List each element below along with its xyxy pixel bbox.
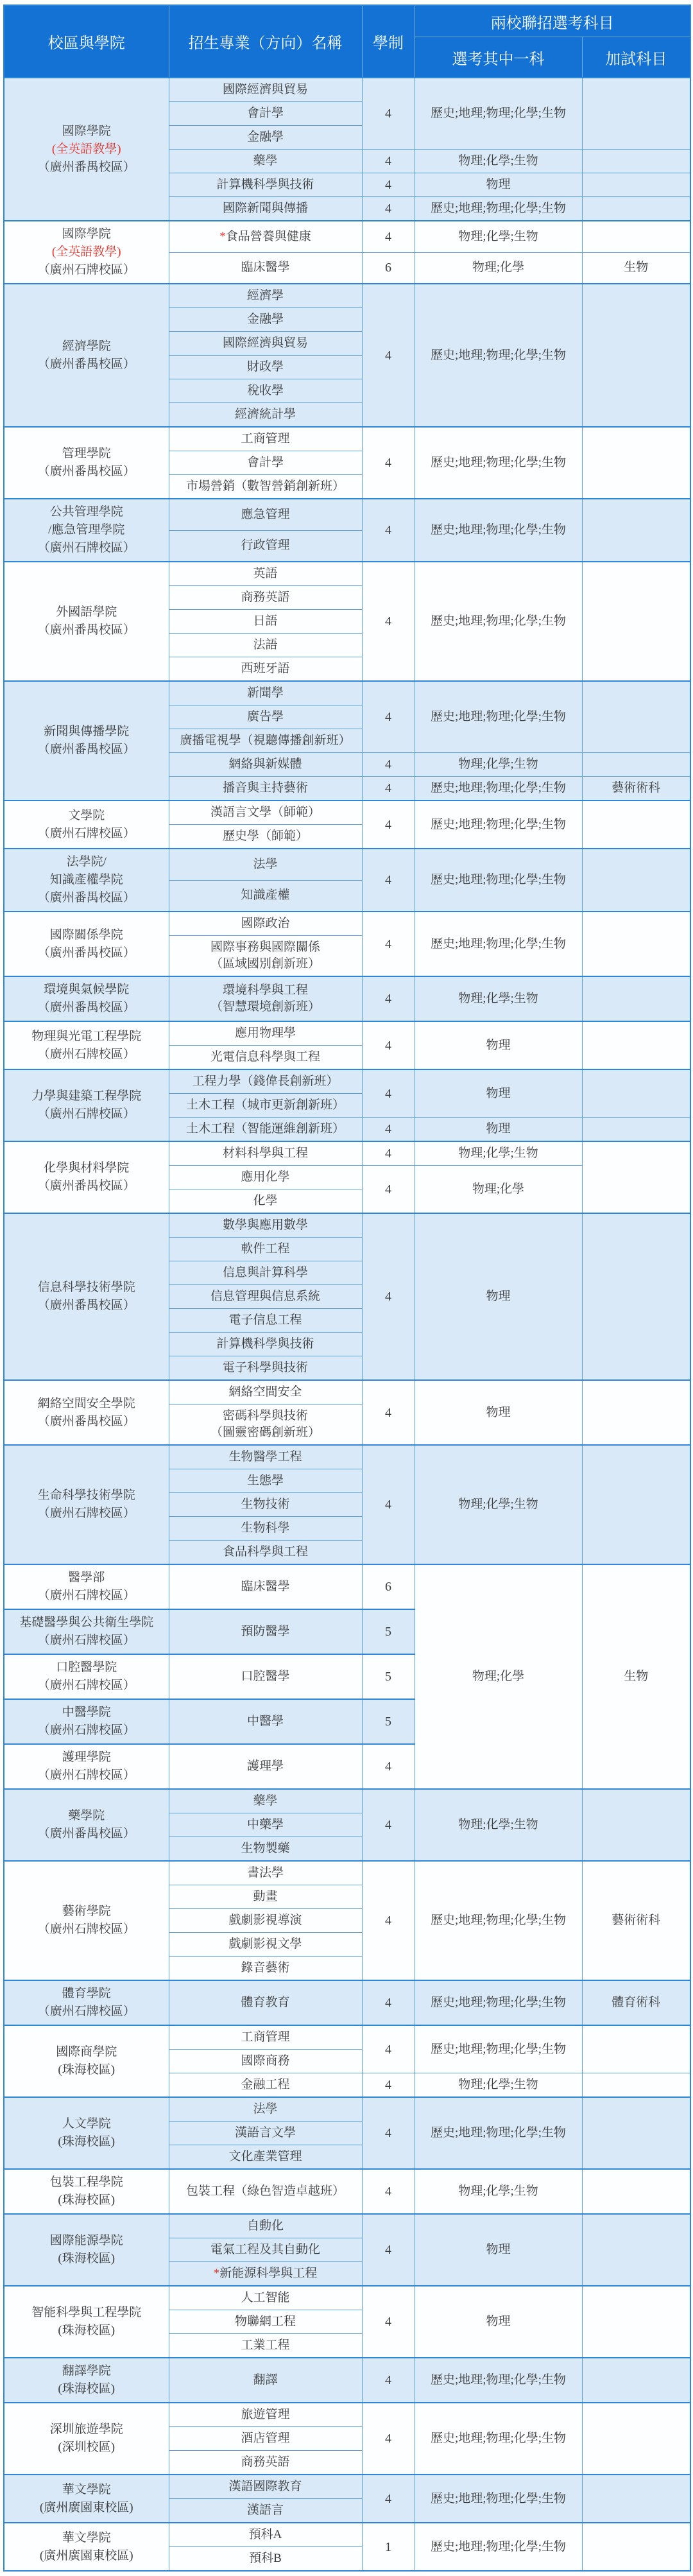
duration-cell: 6	[362, 252, 415, 284]
duration-cell: 5	[362, 1699, 415, 1744]
text-line: (珠海校區)	[7, 2191, 166, 2209]
elective-subject-cell: 歷史;地理;物理;化學;生物	[415, 2097, 582, 2169]
text-line: 生命科學技術學院	[7, 1487, 166, 1505]
major-cell: 經濟統計學	[169, 403, 362, 428]
major-cell: 國際事務與國際關係（區域國別創新班）	[169, 936, 362, 977]
text-line: （廣州番禺校區）	[7, 159, 166, 177]
additional-subject-cell	[582, 562, 690, 681]
table-row: 智能科學與工程學院(珠海校區)人工智能4物理	[4, 2286, 690, 2310]
major-cell: 預防醫學	[169, 1609, 362, 1654]
text-line: （廣州番禺校區）	[7, 1297, 166, 1315]
major-cell: 材料科學與工程	[169, 1141, 362, 1166]
duration-cell: 4	[362, 1380, 415, 1445]
college-cell: 公共管理學院/應急管理學院（廣州石牌校區）	[4, 499, 169, 562]
major-cell: 歷史學（師範）	[169, 825, 362, 849]
additional-subject-cell	[582, 2073, 690, 2098]
duration-cell: 4	[362, 753, 415, 777]
table-row: 公共管理學院/應急管理學院（廣州石牌校區）應急管理4歷史;地理;物理;化學;生物	[4, 499, 690, 530]
text-line: （廣州番禺校區）	[7, 356, 166, 374]
duration-cell: 4	[362, 849, 415, 912]
duration-cell: 4	[362, 1744, 415, 1789]
major-cell: 市場營銷（數智營銷創新班）	[169, 475, 362, 499]
major-cell: 電子科學與技術	[169, 1356, 362, 1381]
table-row: 法學院/知識產權學院（廣州番禺校區）法學4歷史;地理;物理;化學;生物	[4, 849, 690, 880]
additional-subject-cell	[582, 1021, 690, 1069]
major-cell: 信息與計算科學	[169, 1261, 362, 1285]
major-cell: 書法學	[169, 1861, 362, 1885]
text-line: （廣州番禺校區）	[7, 944, 166, 962]
additional-subject-cell	[582, 2523, 690, 2571]
text-line: 國際關係學院	[7, 926, 166, 944]
text-line: 管理學院	[7, 445, 166, 463]
text-line: (深圳校區)	[7, 2439, 166, 2457]
duration-cell: 4	[362, 562, 415, 681]
text-line: （廣州石牌校區）	[7, 2003, 166, 2021]
major-cell: 金融學	[169, 308, 362, 332]
elective-subject-cell: 物理;化學;生物	[415, 753, 582, 777]
major-cell: 文化產業管理	[169, 2145, 362, 2170]
elective-subject-cell: 物理	[415, 173, 582, 197]
header-major: 招生專業（方向）名稱	[169, 5, 362, 78]
text-line: 包裝工程學院	[7, 2174, 166, 2191]
college-cell: 包裝工程學院(珠海校區)	[4, 2169, 169, 2214]
text-line: 基礎醫學與公共衛生學院	[7, 1614, 166, 1632]
college-cell: 力學與建築工程學院（廣州石牌校區）	[4, 1069, 169, 1141]
text-line: 中醫學院	[7, 1704, 166, 1722]
text-line: 力學與建築工程學院	[7, 1087, 166, 1105]
college-cell: 國際商學院(珠海校區)	[4, 2025, 169, 2097]
additional-subject-cell	[582, 2403, 690, 2475]
additional-subject-cell	[582, 427, 690, 499]
major-cell: 中醫學	[169, 1699, 362, 1744]
college-cell: 環境與氣候學院（廣州番禺校區）	[4, 976, 169, 1021]
table-row: 國際商學院(珠海校區)工商管理4歷史;地理;物理;化學;生物	[4, 2025, 690, 2050]
text-line: /應急管理學院	[7, 521, 166, 539]
major-cell: 國際商務	[169, 2050, 362, 2073]
major-cell: 電子信息工程	[169, 1309, 362, 1333]
major-cell: 化學	[169, 1189, 362, 1214]
text-line: 公共管理學院	[7, 503, 166, 521]
elective-subject-cell: 歷史;地理;物理;化學;生物	[415, 777, 582, 801]
table-row: 國際關係學院（廣州番禺校區）國際政治4歷史;地理;物理;化學;生物	[4, 912, 690, 936]
elective-subject-cell: 歷史;地理;物理;化學;生物	[415, 427, 582, 499]
duration-cell: 4	[362, 2475, 415, 2523]
table-body: 國際學院(全英語教學)（廣州番禺校區）國際經濟與貿易4歷史;地理;物理;化學;生…	[4, 78, 690, 2571]
text-line: （廣州番禺校區）	[7, 1177, 166, 1195]
text-line: （廣州石牌校區）	[7, 1505, 166, 1523]
duration-cell: 4	[362, 173, 415, 197]
table-row: 文學院（廣州石牌校區）漢語言文學（師範）4歷史;地理;物理;化學;生物	[4, 800, 690, 825]
elective-subject-cell: 歷史;地理;物理;化學;生物	[415, 1980, 582, 2025]
table-row: 翻譯學院(珠海校區)翻譯4歷史;地理;物理;化學;生物	[4, 2358, 690, 2403]
text-line: 智能科學與工程學院	[7, 2304, 166, 2322]
college-cell: 人文學院(珠海校區)	[4, 2097, 169, 2169]
text-line: （廣州石牌校區）	[7, 539, 166, 557]
text-line: （廣州石牌校區）	[7, 1921, 166, 1939]
additional-subject-cell: 體育術科	[582, 1980, 690, 2025]
elective-subject-cell: 歷史;地理;物理;化學;生物	[415, 562, 582, 681]
major-cell: 戲劇影視文學	[169, 1933, 362, 1957]
college-cell: 藝術學院（廣州石牌校區）	[4, 1861, 169, 1980]
major-cell: 護理學	[169, 1744, 362, 1789]
table-row: 新聞與傳播學院（廣州番禺校區）新聞學4歷史;地理;物理;化學;生物	[4, 681, 690, 705]
elective-subject-cell: 物理;化學	[415, 1564, 582, 1789]
major-cell: 漢語言文學（師範）	[169, 800, 362, 825]
text-line: 人文學院	[7, 2115, 166, 2133]
major-cell: 國際新聞與傳播	[169, 197, 362, 221]
duration-cell: 4	[362, 78, 415, 150]
text-line: (珠海校區)	[7, 2061, 166, 2079]
elective-subject-cell: 歷史;地理;物理;化學;生物	[415, 849, 582, 912]
table-row: 環境與氣候學院（廣州番禺校區）環境科學與工程（智慧環境創新班）4物理;化學;生物	[4, 976, 690, 1021]
college-cell: 基礎醫學與公共衛生學院（廣州石牌校區）	[4, 1609, 169, 1654]
elective-subject-cell: 物理	[415, 2214, 582, 2286]
additional-subject-cell	[582, 173, 690, 197]
table-row: 華文學院(廣州廣園東校區)漢語國際教育4歷史;地理;物理;化學;生物	[4, 2475, 690, 2499]
table-row: 包裝工程學院(珠海校區)包裝工程（綠色智造卓越班）4物理;化學;生物	[4, 2169, 690, 2214]
text-line: 體育學院	[7, 1985, 166, 2003]
college-cell: 管理學院（廣州番禺校區）	[4, 427, 169, 499]
major-cell: 食品科學與工程	[169, 1541, 362, 1565]
text-line: 網絡空間安全學院	[7, 1395, 166, 1413]
additional-subject-cell	[582, 976, 690, 1021]
additional-subject-cell	[582, 800, 690, 849]
text-line: （廣州番禺校區）	[7, 1413, 166, 1431]
header-campus: 校區與學院	[4, 5, 169, 78]
elective-subject-cell: 物理;化學;生物	[415, 2169, 582, 2214]
major-cell: 預科A	[169, 2523, 362, 2547]
duration-cell: 4	[362, 197, 415, 221]
college-cell: 體育學院（廣州石牌校區）	[4, 1980, 169, 2025]
text-line: （廣州石牌校區）	[7, 1722, 166, 1740]
major-cell: 國際政治	[169, 912, 362, 936]
college-cell: 國際關係學院（廣州番禺校區）	[4, 912, 169, 976]
elective-subject-cell: 物理;化學;生物	[415, 1789, 582, 1861]
page: 校區與學院 招生專業（方向）名稱 學制 兩校聯招選考科目 選考其中一科 加試科目…	[0, 0, 693, 2576]
college-cell: 信息科學技術學院（廣州番禺校區）	[4, 1213, 169, 1380]
text-line: （廣州石牌校區）	[7, 1767, 166, 1785]
major-cell: 金融工程	[169, 2073, 362, 2098]
table-row: 國際學院(全英語教學)（廣州石牌校區）*食品營養與健康4物理;化學;生物	[4, 221, 690, 252]
major-cell: 錄音藝術	[169, 1957, 362, 1981]
elective-subject-cell: 歷史;地理;物理;化學;生物	[415, 1861, 582, 1980]
major-cell: 信息管理與信息系統	[169, 1285, 362, 1309]
duration-cell: 4	[362, 2073, 415, 2098]
text-line: （廣州石牌校區）	[7, 1046, 166, 1064]
text-line: (珠海校區)	[7, 2250, 166, 2268]
major-cell: 會計學	[169, 102, 362, 126]
major-cell: 生物科學	[169, 1517, 362, 1541]
college-cell: 華文學院(廣州廣園東校區)	[4, 2523, 169, 2571]
elective-subject-cell: 物理	[415, 1069, 582, 1118]
major-cell: 土木工程（城市更新創新班）	[169, 1094, 362, 1118]
additional-subject-cell	[582, 2025, 690, 2073]
table-row: 生命科學技術學院（廣州石牌校區）生物醫學工程4物理;化學;生物	[4, 1445, 690, 1469]
text-line: 密碼科學與技術	[172, 1408, 359, 1424]
major-cell: 英語	[169, 562, 362, 586]
duration-cell: 4	[362, 221, 415, 252]
text-line: （廣州石牌校區）	[7, 261, 166, 279]
major-cell: 稅收學	[169, 379, 362, 403]
text-line: 物理與光電工程學院	[7, 1028, 166, 1046]
major-cell: 法語	[169, 634, 362, 657]
table-row: 力學與建築工程學院（廣州石牌校區）工程力學（錢偉長創新班）4物理	[4, 1069, 690, 1094]
college-cell: 深圳旅遊學院(深圳校區)	[4, 2403, 169, 2475]
text-line: 國際商學院	[7, 2043, 166, 2061]
duration-cell: 4	[362, 284, 415, 427]
admissions-table: 校區與學院 招生專業（方向）名稱 學制 兩校聯招選考科目 選考其中一科 加試科目…	[3, 4, 691, 2572]
text-line: 翻譯學院	[7, 2362, 166, 2380]
major-cell: 工程力學（錢偉長創新班）	[169, 1069, 362, 1094]
major-cell: 廣告學	[169, 705, 362, 729]
major-cell: 光電信息科學與工程	[169, 1046, 362, 1070]
text-line: （圖靈密碼創新班）	[172, 1424, 359, 1441]
additional-subject-cell	[582, 284, 690, 427]
duration-cell: 1	[362, 2523, 415, 2571]
duration-cell: 4	[362, 976, 415, 1021]
major-cell: 酒店管理	[169, 2427, 362, 2451]
table-row: 藝術學院（廣州石牌校區）書法學4歷史;地理;物理;化學;生物藝術術科	[4, 1861, 690, 1885]
major-cell: 電氣工程及其自動化	[169, 2238, 362, 2262]
header-elective-subject: 選考其中一科	[415, 37, 582, 78]
major-cell: *食品營養與健康	[169, 221, 362, 252]
major-cell: 漢語國際教育	[169, 2475, 362, 2499]
major-cell: 動畫	[169, 1885, 362, 1909]
additional-subject-cell	[582, 197, 690, 221]
major-cell: 計算機科學與技術	[169, 1333, 362, 1356]
elective-subject-cell: 物理	[415, 1213, 582, 1380]
major-cell: 戲劇影視導演	[169, 1909, 362, 1933]
major-cell: 國際經濟與貿易	[169, 78, 362, 102]
elective-subject-cell: 歷史;地理;物理;化學;生物	[415, 2025, 582, 2073]
required-marker: *	[214, 2267, 220, 2280]
major-cell: 自動化	[169, 2214, 362, 2238]
text-line: 國際學院	[7, 225, 166, 243]
duration-cell: 4	[362, 1789, 415, 1861]
required-marker: *	[219, 230, 226, 243]
college-cell: 經濟學院（廣州番禺校區）	[4, 284, 169, 427]
additional-subject-cell	[582, 2169, 690, 2214]
text-line: 華文學院	[7, 2529, 166, 2547]
additional-subject-cell	[582, 1789, 690, 1861]
elective-subject-cell: 物理;化學	[415, 1166, 582, 1214]
text-line: 文學院	[7, 807, 166, 825]
additional-subject-cell	[582, 849, 690, 912]
college-cell: 文學院（廣州石牌校區）	[4, 800, 169, 849]
header-duration: 學制	[362, 5, 415, 78]
text-line: （廣州番禺校區）	[7, 1825, 166, 1843]
text-line: （區域國別創新班）	[172, 956, 359, 972]
major-cell: 工商管理	[169, 2025, 362, 2050]
table-row: 深圳旅遊學院(深圳校區)旅遊管理4歷史;地理;物理;化學;生物	[4, 2403, 690, 2427]
college-cell: 外國語學院（廣州番禺校區）	[4, 562, 169, 681]
text-line: 護理學院	[7, 1749, 166, 1767]
major-cell: 新聞學	[169, 681, 362, 705]
table-row: 物理與光電工程學院（廣州石牌校區）應用物理學4物理	[4, 1021, 690, 1046]
text-line: 深圳旅遊學院	[7, 2421, 166, 2439]
major-cell: 體育教育	[169, 1980, 362, 2025]
text-line: (珠海校區)	[7, 2133, 166, 2151]
additional-subject-cell	[582, 1445, 690, 1564]
major-cell: 日語	[169, 610, 362, 634]
additional-subject-cell: 生物	[582, 1564, 690, 1789]
text-line: 華文學院	[7, 2481, 166, 2499]
elective-subject-cell: 歷史;地理;物理;化學;生物	[415, 2403, 582, 2475]
duration-cell: 4	[362, 1166, 415, 1214]
elective-subject-cell: 歷史;地理;物理;化學;生物	[415, 912, 582, 976]
college-cell: 醫學部（廣州石牌校區）	[4, 1564, 169, 1609]
college-cell: 中醫學院（廣州石牌校區）	[4, 1699, 169, 1744]
text-line: 外國語學院	[7, 603, 166, 621]
elective-subject-cell: 歷史;地理;物理;化學;生物	[415, 78, 582, 150]
college-cell: 網絡空間安全學院（廣州番禺校區）	[4, 1380, 169, 1445]
duration-cell: 4	[362, 2286, 415, 2358]
elective-subject-cell: 物理	[415, 2286, 582, 2358]
text-line: （廣州石牌校區）	[7, 1587, 166, 1605]
duration-cell: 4	[362, 2214, 415, 2286]
duration-cell: 5	[362, 1654, 415, 1699]
duration-cell: 4	[362, 427, 415, 499]
major-cell: 法學	[169, 849, 362, 880]
major-cell: 國際經濟與貿易	[169, 332, 362, 356]
major-cell: 臨床醫學	[169, 252, 362, 284]
major-cell: 土木工程（智能運維創新班）	[169, 1118, 362, 1142]
major-cell: 播音與主持藝術	[169, 777, 362, 801]
elective-subject-cell: 物理;化學	[415, 252, 582, 284]
text-line: (珠海校區)	[7, 2380, 166, 2398]
elective-subject-cell: 歷史;地理;物理;化學;生物	[415, 499, 582, 562]
major-cell: 藥學	[169, 1789, 362, 1813]
additional-subject-cell	[582, 912, 690, 976]
additional-subject-cell	[582, 1069, 690, 1118]
major-cell: 西班牙語	[169, 657, 362, 682]
table-row: 網絡空間安全學院（廣州番禺校區）網絡空間安全4物理	[4, 1380, 690, 1405]
text-line: 新聞與傳播學院	[7, 723, 166, 741]
duration-cell: 4	[362, 1980, 415, 2025]
elective-subject-cell: 歷史;地理;物理;化學;生物	[415, 2475, 582, 2523]
additional-subject-cell	[582, 2097, 690, 2169]
additional-subject-cell	[582, 2214, 690, 2286]
text-line: 環境與氣候學院	[7, 981, 166, 999]
table-row: 經濟學院（廣州番禺校區）經濟學4歷史;地理;物理;化學;生物	[4, 284, 690, 308]
text-line: 經濟學院	[7, 338, 166, 356]
major-cell: 口腔醫學	[169, 1654, 362, 1699]
additional-subject-cell	[582, 2286, 690, 2358]
text-line: （廣州石牌校區）	[7, 1105, 166, 1123]
duration-cell: 4	[362, 1861, 415, 1980]
text-line: （廣州番禺校區）	[7, 463, 166, 481]
college-cell: 物理與光電工程學院（廣州石牌校區）	[4, 1021, 169, 1069]
duration-cell: 5	[362, 1609, 415, 1654]
major-cell: 金融學	[169, 126, 362, 150]
major-cell: 包裝工程（綠色智造卓越班）	[169, 2169, 362, 2214]
additional-subject-cell	[582, 2475, 690, 2523]
text-line: （廣州番禺校區）	[7, 621, 166, 639]
duration-cell: 4	[362, 681, 415, 753]
text-line: （廣州番禺校區）	[7, 999, 166, 1017]
additional-subject-cell	[582, 221, 690, 252]
elective-subject-cell: 歷史;地理;物理;化學;生物	[415, 800, 582, 849]
major-cell: 應用化學	[169, 1166, 362, 1189]
text-line: (廣州廣園東校區)	[7, 2547, 166, 2565]
major-cell: 網絡與新媒體	[169, 753, 362, 777]
table-row: 體育學院（廣州石牌校區）體育教育4歷史;地理;物理;化學;生物體育術科	[4, 1980, 690, 2025]
major-cell: 生物醫學工程	[169, 1445, 362, 1469]
elective-subject-cell: 歷史;地理;物理;化學;生物	[415, 681, 582, 753]
major-cell: 應用物理學	[169, 1021, 362, 1046]
additional-subject-cell	[582, 1141, 690, 1213]
text-line: （廣州石牌校區）	[7, 1677, 166, 1695]
table-header: 校區與學院 招生專業（方向）名稱 學制 兩校聯招選考科目 選考其中一科 加試科目	[4, 5, 690, 78]
text-line: 口腔醫學院	[7, 1659, 166, 1677]
major-cell: 生物技術	[169, 1493, 362, 1517]
duration-cell: 4	[362, 1118, 415, 1142]
major-cell: 工商管理	[169, 427, 362, 451]
major-cell: 商務英語	[169, 586, 362, 610]
elective-subject-cell: 物理;化學;生物	[415, 1445, 582, 1564]
college-cell: 藥學院（廣州番禺校區）	[4, 1789, 169, 1861]
major-cell: 網絡空間安全	[169, 1380, 362, 1405]
major-cell: 旅遊管理	[169, 2403, 362, 2427]
elective-subject-cell: 歷史;地理;物理;化學;生物	[415, 2358, 582, 2403]
additional-subject-cell	[582, 2358, 690, 2403]
college-cell: 生命科學技術學院（廣州石牌校區）	[4, 1445, 169, 1564]
major-cell: 漢語言文學	[169, 2122, 362, 2145]
table-row: 信息科學技術學院（廣州番禺校區）數學與應用數學4物理	[4, 1213, 690, 1238]
college-cell: 國際學院(全英語教學)（廣州石牌校區）	[4, 221, 169, 284]
text-line: (廣州廣園東校區)	[7, 2499, 166, 2517]
additional-subject-cell: 藝術術科	[582, 1861, 690, 1980]
elective-subject-cell: 物理;化學;生物	[415, 221, 582, 252]
duration-cell: 4	[362, 1213, 415, 1380]
duration-cell: 4	[362, 1021, 415, 1069]
duration-cell: 4	[362, 1445, 415, 1564]
major-cell: 經濟學	[169, 284, 362, 308]
college-name-red-line: (全英語教學)	[7, 141, 166, 159]
major-cell: 財政學	[169, 356, 362, 379]
duration-cell: 4	[362, 2097, 415, 2169]
duration-cell: 4	[362, 800, 415, 849]
text-line: (珠海校區)	[7, 2322, 166, 2340]
text-line: 國際能源學院	[7, 2232, 166, 2250]
major-cell: 生物製藥	[169, 1837, 362, 1862]
text-line: （廣州番禺校區）	[7, 889, 166, 907]
table-row: 管理學院（廣州番禺校區）工商管理4歷史;地理;物理;化學;生物	[4, 427, 690, 451]
duration-cell: 4	[362, 150, 415, 173]
text-line: 醫學部	[7, 1569, 166, 1587]
text-line: 國際事務與國際關係	[172, 939, 359, 956]
college-cell: 智能科學與工程學院(珠海校區)	[4, 2286, 169, 2358]
major-cell: 商務英語	[169, 2451, 362, 2475]
major-cell: 應急管理	[169, 499, 362, 530]
major-cell: 會計學	[169, 451, 362, 475]
additional-subject-cell	[582, 150, 690, 173]
text-line: 環境科學與工程	[172, 982, 359, 999]
duration-cell: 4	[362, 2025, 415, 2073]
elective-subject-cell: 物理;化學;生物	[415, 2073, 582, 2098]
text-line: 知識產權學院	[7, 871, 166, 889]
elective-subject-cell: 歷史;地理;物理;化學;生物	[415, 284, 582, 427]
additional-subject-cell: 生物	[582, 252, 690, 284]
major-cell: 工業工程	[169, 2334, 362, 2358]
major-cell: 預科B	[169, 2547, 362, 2572]
header-joint-subjects: 兩校聯招選考科目	[415, 5, 690, 37]
major-cell: 行政管理	[169, 530, 362, 562]
major-cell: 知識產權	[169, 880, 362, 912]
table-row: 藥學院（廣州番禺校區）藥學4物理;化學;生物	[4, 1789, 690, 1813]
table-row: 國際能源學院(珠海校區)自動化4物理	[4, 2214, 690, 2238]
text-line: 信息科學技術學院	[7, 1279, 166, 1297]
